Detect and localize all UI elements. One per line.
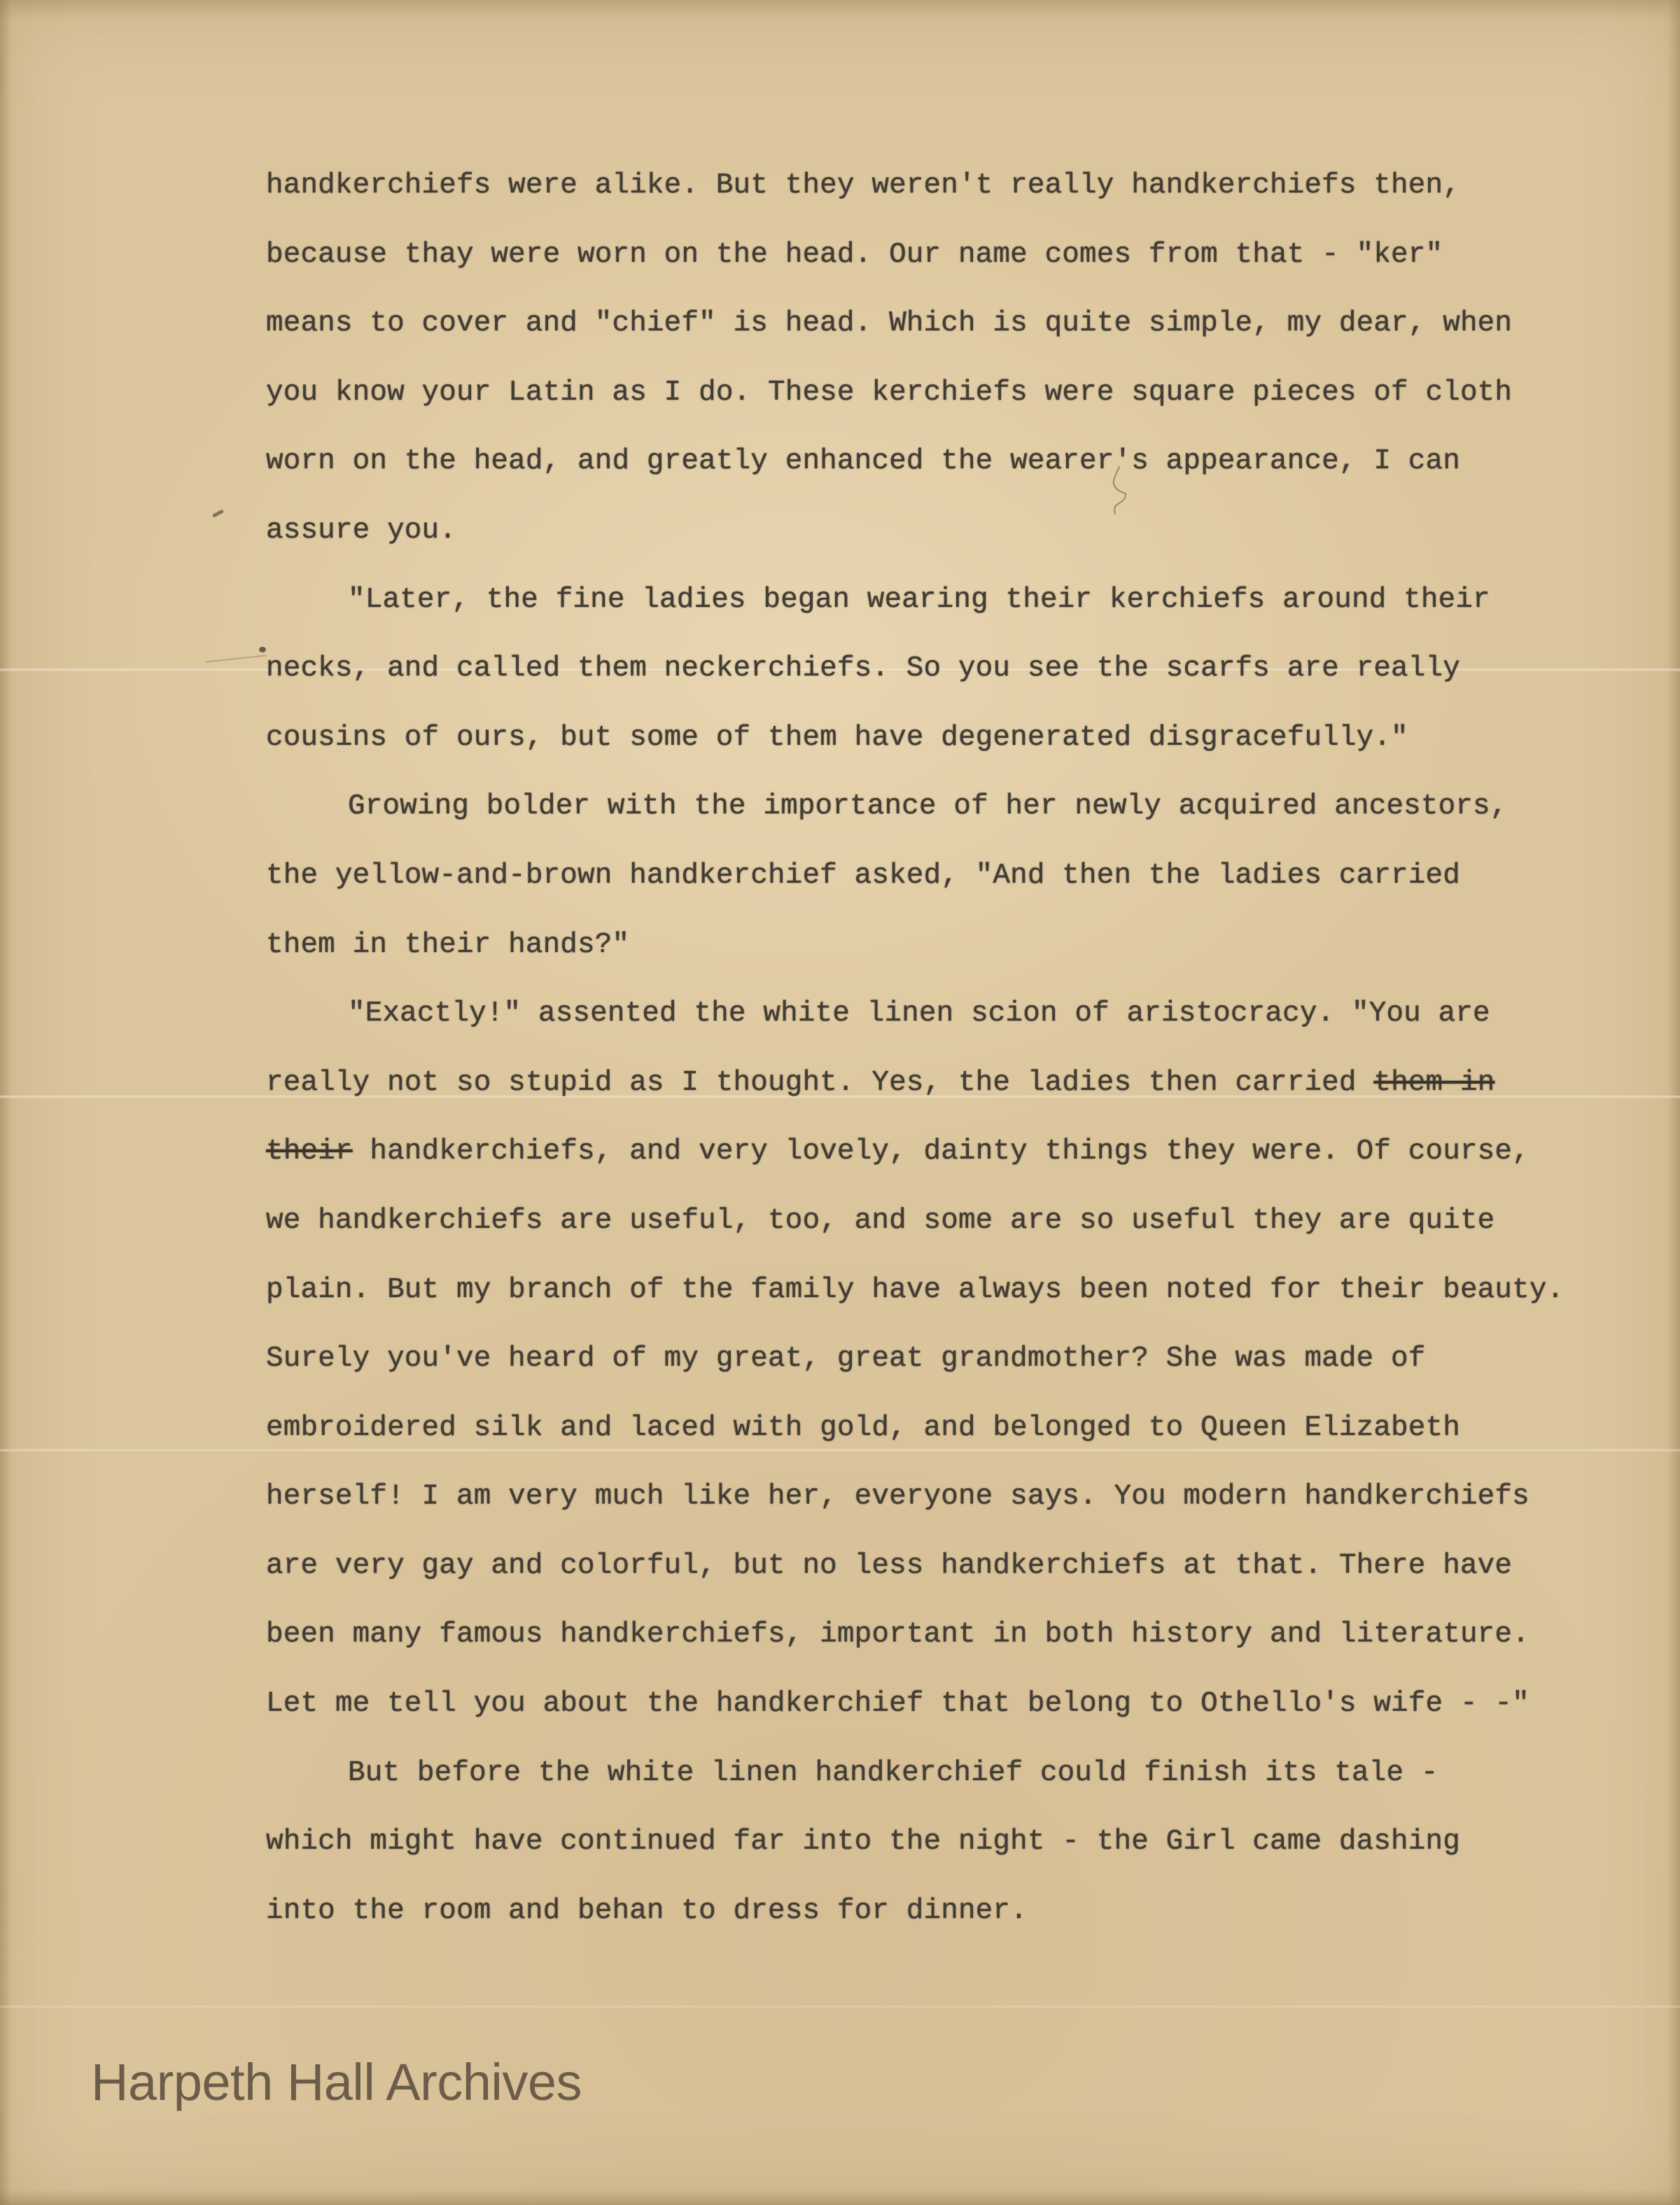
text-segment: Surely you've heard of my great, great g… <box>266 1343 1426 1375</box>
text-segment: necks, and called them neckerchiefs. So … <box>266 652 1460 685</box>
text-segment: But before the white linen handkerchief … <box>348 1757 1438 1789</box>
text-segment: Growing bolder with the importance of he… <box>348 790 1508 822</box>
typed-line: Growing bolder with the importance of he… <box>266 772 1638 841</box>
typed-line: means to cover and "chief" is head. Whic… <box>266 289 1638 358</box>
text-segment: the yellow-and-brown handkerchief asked,… <box>266 860 1460 892</box>
typed-line: necks, and called them neckerchiefs. So … <box>266 634 1638 703</box>
archive-watermark: Harpeth Hall Archives <box>91 2052 582 2112</box>
text-segment: worn on the head, and greatly enhanced t… <box>266 445 1460 477</box>
stray-ink-dot <box>259 647 266 652</box>
text-segment: "Later, the fine ladies began wearing th… <box>348 584 1490 616</box>
typed-line: plain. But my branch of the family have … <box>266 1256 1638 1325</box>
pencil-squiggle-mark <box>1096 465 1145 521</box>
typed-line: Surely you've heard of my great, great g… <box>266 1324 1638 1394</box>
typed-line: herself! I am very much like her, everyo… <box>266 1462 1638 1532</box>
typed-line: But before the white linen handkerchief … <box>266 1739 1638 1808</box>
typed-line: really not so stupid as I thought. Yes, … <box>266 1049 1638 1118</box>
paper-crease <box>0 2005 1680 2008</box>
typed-text: handkerchiefs were alike. But they weren… <box>266 151 1638 1945</box>
text-segment: which might have continued far into the … <box>266 1826 1460 1858</box>
typed-line: the yellow-and-brown handkerchief asked,… <box>266 841 1638 911</box>
text-segment: handkerchiefs, and very lovely, dainty t… <box>353 1135 1529 1168</box>
text-segment: means to cover and "chief" is head. Whic… <box>266 307 1512 339</box>
typed-line: we handkerchiefs are useful, too, and so… <box>266 1186 1638 1256</box>
typed-line: you know your Latin as I do. These kerch… <box>266 358 1638 428</box>
text-segment: cousins of ours, but some of them have d… <box>266 722 1408 754</box>
typed-line: "Later, the fine ladies began wearing th… <box>266 566 1638 635</box>
typed-line: been many famous handkerchiefs, importan… <box>266 1600 1638 1669</box>
text-segment: plain. But my branch of the family have … <box>266 1274 1564 1306</box>
typed-line: because thay were worn on the head. Our … <box>266 220 1638 290</box>
text-segment: embroidered silk and laced with gold, an… <box>266 1412 1460 1444</box>
text-segment: really not so stupid as I thought. Yes, … <box>266 1067 1373 1099</box>
faint-scratch-mark <box>205 654 267 662</box>
typed-line: their handkerchiefs, and very lovely, da… <box>266 1117 1638 1186</box>
text-segment: into the room and behan to dress for din… <box>266 1895 1028 1927</box>
typed-line: worn on the head, and greatly enhanced t… <box>266 427 1638 496</box>
text-segment: handkerchiefs were alike. But they weren… <box>266 169 1460 202</box>
strikethrough-text: them in <box>1373 1067 1494 1099</box>
text-segment: "Exactly!" assented the white linen scio… <box>348 997 1490 1030</box>
stray-ink-mark <box>212 509 224 517</box>
typed-line: assure you. <box>266 496 1638 566</box>
text-segment: you know your Latin as I do. These kerch… <box>266 377 1512 409</box>
text-segment: we handkerchiefs are useful, too, and so… <box>266 1205 1494 1237</box>
typed-line: Let me tell you about the handkerchief t… <box>266 1669 1638 1739</box>
text-segment: because thay were worn on the head. Our … <box>266 239 1443 271</box>
scanned-page: handkerchiefs were alike. But they weren… <box>0 0 1680 2205</box>
typed-line: handkerchiefs were alike. But they weren… <box>266 151 1638 220</box>
typed-line: them in their hands?" <box>266 911 1638 980</box>
text-segment: been many famous handkerchiefs, importan… <box>266 1618 1529 1651</box>
typed-line: into the room and behan to dress for din… <box>266 1877 1638 1946</box>
text-segment: are very gay and colorful, but no less h… <box>266 1550 1512 1582</box>
text-segment: herself! I am very much like her, everyo… <box>266 1480 1529 1513</box>
typed-line: are very gay and colorful, but no less h… <box>266 1532 1638 1601</box>
text-segment: them in their hands?" <box>266 929 629 961</box>
text-segment: assure you. <box>266 514 456 547</box>
strikethrough-text: their <box>266 1135 353 1168</box>
typed-line: "Exactly!" assented the white linen scio… <box>266 979 1638 1049</box>
text-segment: Let me tell you about the handkerchief t… <box>266 1688 1529 1720</box>
typed-line: cousins of ours, but some of them have d… <box>266 703 1638 773</box>
typed-line: embroidered silk and laced with gold, an… <box>266 1394 1638 1463</box>
typed-line: which might have continued far into the … <box>266 1807 1638 1877</box>
